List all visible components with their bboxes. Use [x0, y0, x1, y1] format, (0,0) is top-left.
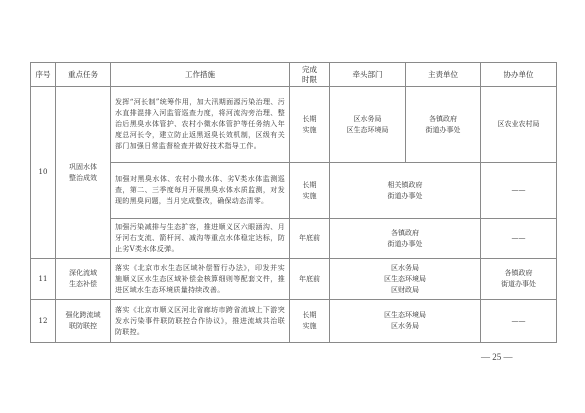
- cell-main-unit: 各镇政府 街道办事处: [406, 87, 481, 163]
- table-row: 11 深化流域 生态补偿 落实《北京市水生态区域补偿暂行办法》，印发并实施顺义区…: [31, 259, 557, 300]
- cell-measure: 落实《北京市水生态区域补偿暂行办法》，印发并实施顺义区水生态区域补偿金核算细则等…: [111, 259, 290, 300]
- cell-measure: 落实《北京市顺义区河北省廊坊市跨省流域上下游突发水污染事件联防联控合作协议》，推…: [111, 300, 290, 343]
- cell-lead-main-merged: 区生态环境局 区水务局: [330, 300, 481, 343]
- cell-lead-main-merged: 相关镇政府 街道办事处: [330, 163, 481, 219]
- header-assist-unit: 协办单位: [481, 63, 557, 87]
- cell-task: 强化跨流域 联防联控: [56, 300, 111, 343]
- cell-deadline: 年底前: [290, 219, 330, 259]
- cell-assist-unit: 各镇政府 街道办事处: [481, 259, 557, 300]
- cell-task: 巩固水体 整治成效: [56, 87, 111, 259]
- task-table: 序号 重点任务 工作措施 完成 时限 牵头部门 主责单位 协办单位 10 巩固水…: [30, 62, 557, 343]
- header-lead-dept: 牵头部门: [330, 63, 406, 87]
- header-main-unit: 主责单位: [406, 63, 481, 87]
- header-deadline: 完成 时限: [290, 63, 330, 87]
- cell-measure: 发挥“河长制”统筹作用，加大汛期面源污染治理、污水直排混排入河监管巡查力度，将河…: [111, 87, 290, 163]
- cell-deadline: 长期 实施: [290, 87, 330, 163]
- cell-task: 深化流域 生态补偿: [56, 259, 111, 300]
- cell-assist-unit: ——: [481, 219, 557, 259]
- header-measures: 工作措施: [111, 63, 290, 87]
- cell-assist-unit: 区农业农村局: [481, 87, 557, 163]
- table-header-row: 序号 重点任务 工作措施 完成 时限 牵头部门 主责单位 协办单位: [31, 63, 557, 87]
- table-row: 10 巩固水体 整治成效 发挥“河长制”统筹作用，加大汛期面源污染治理、污水直排…: [31, 87, 557, 163]
- cell-lead-main-merged: 区水务局 区生态环境局 区财政局: [330, 259, 481, 300]
- cell-deadline: 年底前: [290, 259, 330, 300]
- cell-assist-unit: ——: [481, 163, 557, 219]
- cell-deadline: 长期 实施: [290, 163, 330, 219]
- header-seq: 序号: [31, 63, 56, 87]
- cell-assist-unit: ——: [481, 300, 557, 343]
- table-row: 12 强化跨流域 联防联控 落实《北京市顺义区河北省廊坊市跨省流域上下游突发水污…: [31, 300, 557, 343]
- cell-seq: 12: [31, 300, 56, 343]
- cell-lead-main-merged: 各镇政府 街道办事处: [330, 219, 481, 259]
- cell-deadline: 长期 实施: [290, 300, 330, 343]
- page-number: — 25 —: [481, 352, 513, 362]
- cell-seq: 11: [31, 259, 56, 300]
- cell-lead-dept: 区水务局 区生态环境局: [330, 87, 406, 163]
- cell-seq: 10: [31, 87, 56, 259]
- cell-measure: 加强对黑臭水体、农村小微水体、劣Ⅴ类水体监测巡查，第二、三季度每月开展黑臭水体水…: [111, 163, 290, 219]
- header-task: 重点任务: [56, 63, 111, 87]
- cell-measure: 加强污染减排与生态扩容，推进顺义区六眼涵沟、月牙河右支流、箭杆河、减沟等重点水体…: [111, 219, 290, 259]
